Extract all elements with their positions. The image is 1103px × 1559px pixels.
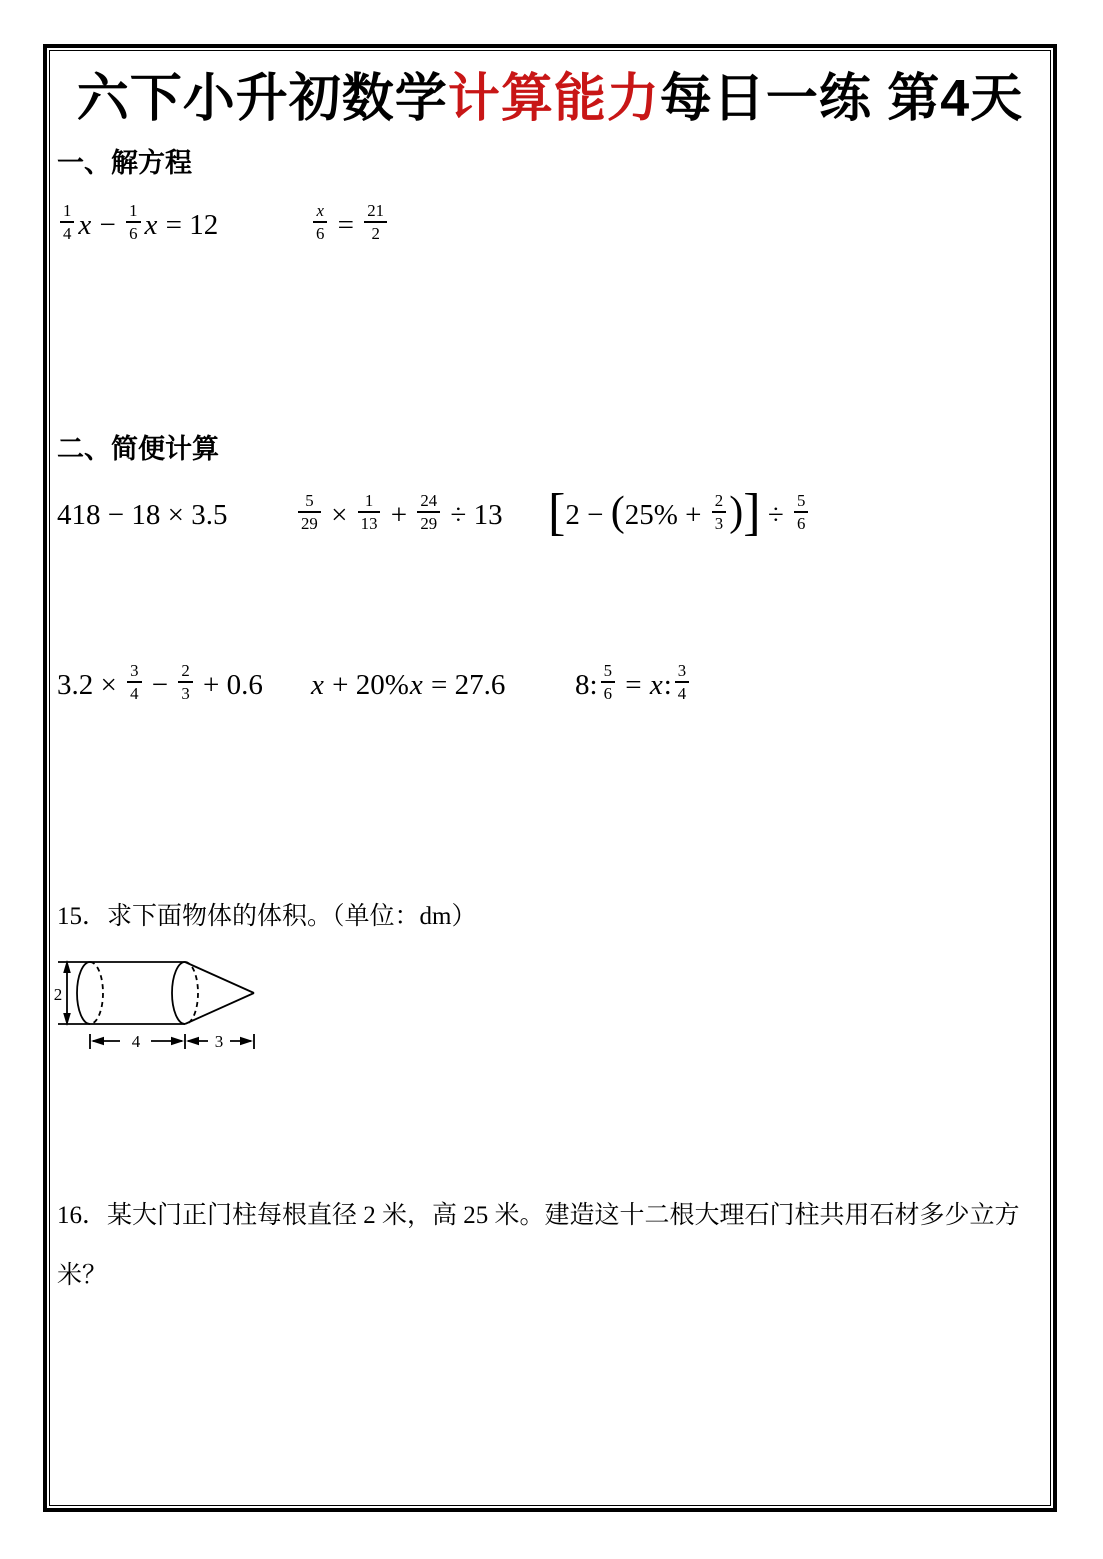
problem-16-line-1: 16．某大门正门柱每根直径 2 米，高 25 米。建造这十二根大理石门柱共用石材… xyxy=(57,1186,1047,1246)
worksheet-page: 六下小升初数学计算能力每日一练 第4天 一、解方程 14x − 16x = 12… xyxy=(43,44,1057,1512)
equation-x-plus-20percent-x: x + 20%x = 27.6 xyxy=(310,654,505,716)
left-ellipse-hidden-arc xyxy=(90,962,103,1024)
equation-row-solve: 14x − 16x = 12 x6 = 212 xyxy=(47,194,1053,256)
cone-length-label: 3 xyxy=(215,1032,224,1051)
cylinder-cone-figure: 2 4 3 xyxy=(50,948,275,1063)
expression-418-minus: 418 − 18 × 3.5 xyxy=(57,484,227,546)
expression-fractions-29ths: 529 × 113 + 2429 ÷ 13 xyxy=(295,484,503,546)
equation-row-calc-2: 3.2 × 34 − 23 + 0.6 x + 20%x = 27.6 8:56… xyxy=(47,654,1053,716)
dim3-arrowhead-right xyxy=(240,1037,253,1045)
left-ellipse-front-arc xyxy=(77,962,90,1024)
section-heading-simplified-calculation: 二、简便计算 xyxy=(57,434,219,464)
page-title: 六下小升初数学计算能力每日一练 第4天 xyxy=(47,64,1053,134)
equation-proportion-x-over-6: x6 = 212 xyxy=(310,194,390,256)
diameter-label: 2 xyxy=(54,985,63,1004)
dim4-arrowhead-left xyxy=(91,1037,104,1045)
equation-row-calc-1: 418 − 18 × 3.5 529 × 113 + 2429 ÷ 13 [2 … xyxy=(47,484,1053,546)
cylinder-length-label: 4 xyxy=(132,1032,141,1051)
title-prefix: 六下小升初数学 xyxy=(77,70,448,128)
problem-15: 15．求下面物体的体积。（单位：dm） xyxy=(57,899,476,935)
problem-15-text: 15．求下面物体的体积。（单位：dm） xyxy=(57,899,476,935)
title-highlight: 计算能力 xyxy=(448,70,660,128)
problem-16-line-2: 米？ xyxy=(57,1246,1047,1306)
expression-3point2-times: 3.2 × 34 − 23 + 0.6 xyxy=(57,654,263,716)
equation-fraction-x-difference: 14x − 16x = 12 xyxy=(57,194,218,256)
equation-ratio-8-to-5-6: 8:56 = x:34 xyxy=(575,654,692,716)
cone-base-front-arc xyxy=(172,962,185,1024)
dim4-arrowhead-right xyxy=(171,1037,184,1045)
section-heading-solve-equations: 一、解方程 xyxy=(57,148,192,178)
dim3-arrowhead-left xyxy=(186,1037,199,1045)
problem-16: 16．某大门正门柱每根直径 2 米，高 25 米。建造这十二根大理石门柱共用石材… xyxy=(57,1186,1047,1306)
cone-base-hidden-arc xyxy=(185,962,198,1024)
cone-lower-side xyxy=(185,993,254,1024)
expression-brackets-percent: [2 − (25% + 23)] ÷ 56 xyxy=(548,484,811,546)
title-suffix: 每日一练 第4天 xyxy=(660,70,1023,128)
